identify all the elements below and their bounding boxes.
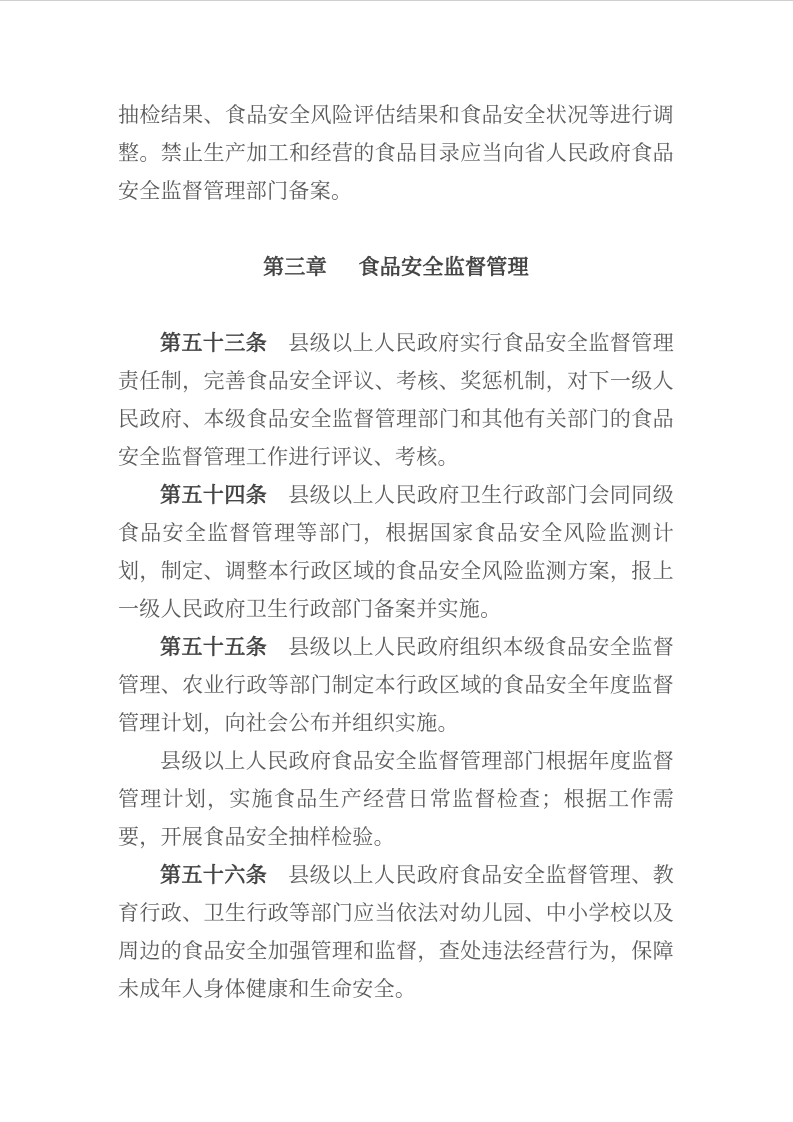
chapter-number: 第三章 <box>263 255 327 279</box>
article-53-number: 第五十三条 <box>160 331 267 355</box>
article-56-number: 第五十六条 <box>160 863 267 887</box>
article-55: 第五十五条县级以上人民政府组织本级食品安全监督管理、农业行政等部门制定本行政区域… <box>118 628 674 742</box>
article-53: 第五十三条县级以上人民政府实行食品安全监督管理责任制，完善食品安全评议、考核、奖… <box>118 324 674 476</box>
article-55-number: 第五十五条 <box>160 635 267 659</box>
document-page: 抽检结果、食品安全风险评估结果和食品安全状况等进行调整。禁止生产加工和经营的食品… <box>0 0 793 1122</box>
article-56: 第五十六条县级以上人民政府食品安全监督管理、教育行政、卫生行政等部门应当依法对幼… <box>118 856 674 1008</box>
article-54: 第五十四条县级以上人民政府卫生行政部门会同同级食品安全监督管理等部门，根据国家食… <box>118 476 674 628</box>
article-54-number: 第五十四条 <box>160 483 267 507</box>
continuation-paragraph: 抽检结果、食品安全风险评估结果和食品安全状况等进行调整。禁止生产加工和经营的食品… <box>118 96 674 210</box>
article-55-sub-paragraph: 县级以上人民政府食品安全监督管理部门根据年度监督管理计划，实施食品生产经营日常监… <box>118 742 674 856</box>
chapter-heading: 第三章食品安全监督管理 <box>118 248 674 286</box>
chapter-title: 食品安全监督管理 <box>359 255 529 279</box>
document-content: 抽检结果、食品安全风险评估结果和食品安全状况等进行调整。禁止生产加工和经营的食品… <box>118 96 674 1008</box>
